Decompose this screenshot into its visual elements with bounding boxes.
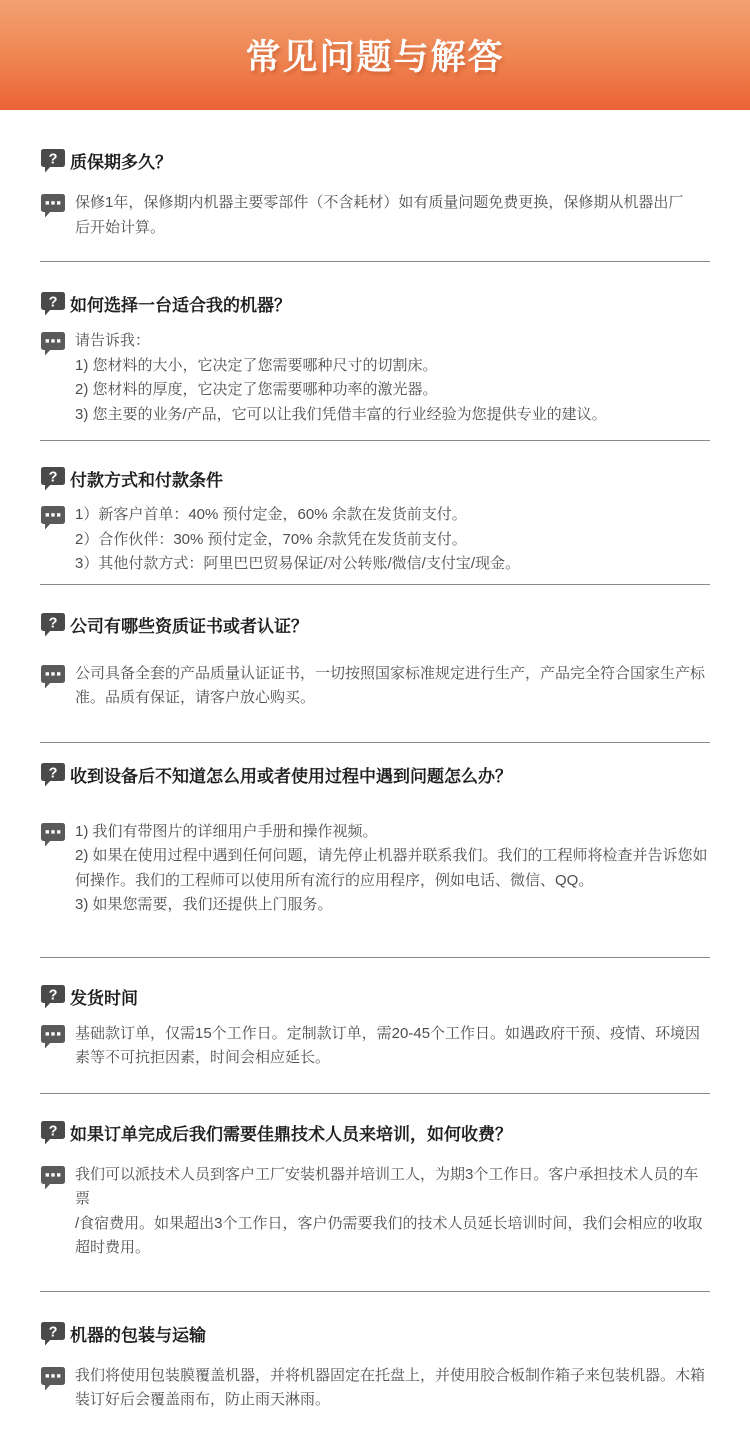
question-icon: ? — [40, 1120, 66, 1150]
answer-icon — [40, 1366, 66, 1396]
answer-text: 请告诉我： 1) 您材料的大小，它决定了您需要哪种尺寸的切割床。 2) 您材料的… — [75, 329, 607, 427]
answer-text: 我们可以派技术人员到客户工厂安装机器并培训工人，为期3个工作日。客户承担技术人员… — [75, 1163, 710, 1261]
question-text: 机器的包装与运输 — [70, 1324, 206, 1348]
question-row: ? 机器的包装与运输 — [40, 1321, 710, 1351]
faq-section-payment: ? 付款方式和付款条件 1）新客户首单：40% 预付定金，60% 余款在发货前支… — [40, 441, 710, 585]
question-icon: ? — [40, 612, 66, 642]
faq-section-certificates: ? 公司有哪些资质证书或者认证？ 公司具备全套的产品质量认证证书，一切按照国家标… — [40, 585, 710, 743]
question-icon: ? — [40, 148, 66, 178]
answer-icon — [40, 193, 66, 223]
faq-section-training-fee: ? 如果订单完成后我们需要佳鼎技术人员来培训，如何收费？ 我们可以派技术人员到客… — [40, 1094, 710, 1292]
question-row: ? 如果订单完成后我们需要佳鼎技术人员来培训，如何收费？ — [40, 1120, 710, 1150]
faq-section-after-sales-support: ? 收到设备后不知道怎么用或者使用过程中遇到问题怎么办？ 1) 我们有带图片的详… — [40, 743, 710, 958]
svg-text:?: ? — [49, 987, 58, 1003]
question-row: ? 付款方式和付款条件 — [40, 466, 710, 496]
question-icon: ? — [40, 762, 66, 792]
answer-icon — [40, 664, 66, 694]
faq-section-warranty: ? 质保期多久？ 保修1年，保修期内机器主要零部件（不含耗材）如有质量问题免费更… — [40, 110, 710, 262]
question-row: ? 如何选择一台适合我的机器？ — [40, 291, 710, 321]
answer-row: 1）新客户首单：40% 预付定金，60% 余款在发货前支付。 2）合作伙伴：30… — [40, 503, 710, 577]
svg-text:?: ? — [49, 615, 58, 631]
question-text: 公司有哪些资质证书或者认证？ — [70, 615, 308, 639]
svg-text:?: ? — [49, 470, 58, 486]
answer-icon — [40, 505, 66, 535]
question-text: 发货时间 — [70, 987, 138, 1011]
answer-text: 1）新客户首单：40% 预付定金，60% 余款在发货前支付。 2）合作伙伴：30… — [75, 503, 520, 577]
question-icon: ? — [40, 1321, 66, 1351]
answer-text: 公司具备全套的产品质量认证证书，一切按照国家标准规定进行生产，产品完全符合国家生… — [75, 662, 705, 711]
answer-text: 保修1年，保修期内机器主要零部件（不含耗材）如有质量问题免费更换，保修期从机器出… — [75, 191, 683, 240]
faq-list: ? 质保期多久？ 保修1年，保修期内机器主要零部件（不含耗材）如有质量问题免费更… — [0, 110, 750, 1453]
answer-text: 我们将使用包装膜覆盖机器，并将机器固定在托盘上，并使用胶合板制作箱子来包装机器。… — [75, 1364, 705, 1413]
faq-section-delivery-time: ? 发货时间 基础款订单，仅需15个工作日。定制款订单，需20-45个工作日。如… — [40, 958, 710, 1094]
faq-section-packing-shipping: ? 机器的包装与运输 我们将使用包装膜覆盖机器，并将机器固定在托盘上，并使用胶合… — [40, 1292, 710, 1453]
answer-row: 我们将使用包装膜覆盖机器，并将机器固定在托盘上，并使用胶合板制作箱子来包装机器。… — [40, 1364, 710, 1413]
svg-text:?: ? — [49, 1324, 58, 1340]
svg-text:?: ? — [49, 1123, 58, 1139]
question-row: ? 收到设备后不知道怎么用或者使用过程中遇到问题怎么办？ — [40, 762, 710, 792]
question-icon: ? — [40, 984, 66, 1014]
answer-row: 保修1年，保修期内机器主要零部件（不含耗材）如有质量问题免费更换，保修期从机器出… — [40, 191, 710, 240]
answer-icon — [40, 331, 66, 361]
page-title: 常见问题与解答 — [245, 30, 504, 80]
question-text: 如何选择一台适合我的机器？ — [70, 294, 291, 318]
question-icon: ? — [40, 291, 66, 321]
answer-icon — [40, 1165, 66, 1195]
question-row: ? 发货时间 — [40, 984, 710, 1014]
answer-row: 请告诉我： 1) 您材料的大小，它决定了您需要哪种尺寸的切割床。 2) 您材料的… — [40, 329, 710, 427]
answer-row: 1) 我们有带图片的详细用户手册和操作视频。 2) 如果在使用过程中遇到任何问题… — [40, 820, 710, 918]
answer-row: 我们可以派技术人员到客户工厂安装机器并培训工人，为期3个工作日。客户承担技术人员… — [40, 1163, 710, 1261]
svg-text:?: ? — [49, 765, 58, 781]
answer-text: 基础款订单，仅需15个工作日。定制款订单，需20-45个工作日。如遇政府干预、疫… — [75, 1022, 700, 1071]
page-header: 常见问题与解答 — [0, 0, 750, 110]
svg-text:?: ? — [49, 295, 58, 311]
answer-icon — [40, 822, 66, 852]
answer-icon — [40, 1024, 66, 1054]
question-text: 付款方式和付款条件 — [70, 469, 223, 493]
question-icon: ? — [40, 466, 66, 496]
question-row: ? 公司有哪些资质证书或者认证？ — [40, 612, 710, 642]
question-text: 质保期多久？ — [70, 151, 172, 175]
svg-text:?: ? — [49, 152, 58, 168]
answer-text: 1) 我们有带图片的详细用户手册和操作视频。 2) 如果在使用过程中遇到任何问题… — [75, 820, 708, 918]
faq-section-choose-machine: ? 如何选择一台适合我的机器？ 请告诉我： 1) 您材料的大小，它决定了您需要哪… — [40, 262, 710, 441]
question-text: 收到设备后不知道怎么用或者使用过程中遇到问题怎么办？ — [70, 765, 512, 789]
question-row: ? 质保期多久？ — [40, 148, 710, 178]
answer-row: 公司具备全套的产品质量认证证书，一切按照国家标准规定进行生产，产品完全符合国家生… — [40, 662, 710, 711]
question-text: 如果订单完成后我们需要佳鼎技术人员来培训，如何收费？ — [70, 1123, 512, 1147]
answer-row: 基础款订单，仅需15个工作日。定制款订单，需20-45个工作日。如遇政府干预、疫… — [40, 1022, 710, 1071]
